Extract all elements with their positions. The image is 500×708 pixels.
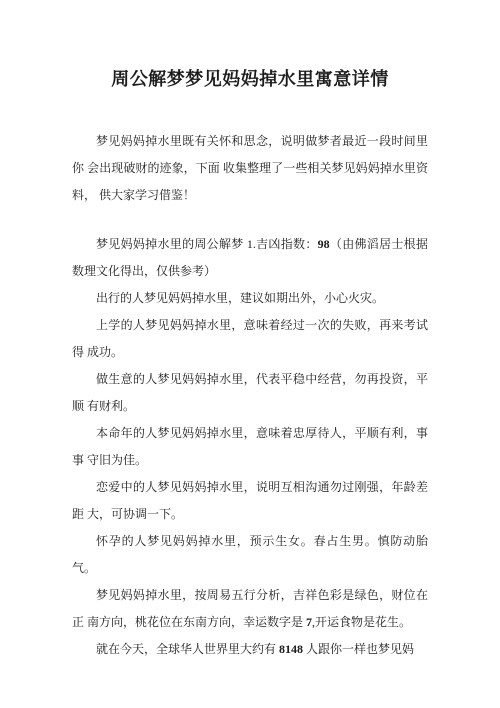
paragraph: 就在今天，全球华人世界里大约有 8148 人跟你一样也梦见妈 — [72, 636, 428, 663]
text-segment: 就在今天，全球华人世界里大约有 — [96, 642, 279, 656]
text-segment: 做生意的人梦见妈妈掉水里，代表平稳中经营，勿再投资，平顺 有财利。 — [72, 372, 428, 413]
text-segment: 出行的人梦见妈妈掉水里，建议如期出外，小心火灾。 — [96, 291, 384, 305]
paragraph: 本命年的人梦见妈妈掉水里，意味着忠厚待人，平顺有利，事事 守旧为佳。 — [72, 420, 428, 474]
paragraph: 上学的人梦见妈妈掉水里，意味着经过一次的失败，再来考试得 成功。 — [72, 312, 428, 366]
paragraph: 出行的人梦见妈妈掉水里，建议如期出外，小心火灾。 — [72, 285, 428, 312]
text-segment: ,开运食物是花生。 — [312, 615, 411, 629]
text-segment: 本命年的人梦见妈妈掉水里，意味着忠厚待人，平顺有利，事事 守旧为佳。 — [72, 426, 428, 467]
document-page: 周公解梦梦见妈妈掉水里寓意详情 梦见妈妈掉水里既有关怀和思念，说明做梦者最近一段… — [0, 0, 500, 708]
text-segment: 恋爱中的人梦见妈妈掉水里，说明互相沟通勿过刚强，年龄差距 大，可协调一下。 — [72, 480, 428, 521]
paragraph: 做生意的人梦见妈妈掉水里，代表平稳中经营，勿再投资，平顺 有财利。 — [72, 366, 428, 420]
text-segment: 梦见妈妈掉水里既有关怀和思念，说明做梦者最近一段时间里你 会出现破财的迹象，下面… — [72, 134, 428, 202]
paragraph: 梦见妈妈掉水里，按周易五行分析，吉祥色彩是绿色，财位在正 南方向，桃花位在东南方… — [72, 582, 428, 636]
paragraph: 梦见妈妈掉水里既有关怀和思念，说明做梦者最近一段时间里你 会出现破财的迹象，下面… — [72, 128, 428, 209]
bold-number-segment: 98 — [318, 237, 330, 251]
paragraph: 恋爱中的人梦见妈妈掉水里，说明互相沟通勿过刚强，年龄差距 大，可协调一下。 — [72, 474, 428, 528]
paragraph: 梦见妈妈掉水里的周公解梦 1.吉凶指数：98（由佛滔居士根据数理文化得出，仅供参… — [72, 231, 428, 285]
text-segment: 人跟你一样也梦见妈 — [303, 642, 414, 656]
document-title: 周公解梦梦见妈妈掉水里寓意详情 — [72, 64, 428, 94]
text-segment: 梦见妈妈掉水里的周公解梦 1.吉凶指数： — [96, 237, 318, 251]
document-body: 梦见妈妈掉水里既有关怀和思念，说明做梦者最近一段时间里你 会出现破财的迹象，下面… — [72, 128, 428, 663]
bold-number-segment: 8148 — [279, 642, 303, 656]
text-segment: 上学的人梦见妈妈掉水里，意味着经过一次的失败，再来考试得 成功。 — [72, 318, 428, 359]
text-segment: 怀孕的人梦见妈妈掉水里，预示生女。春占生男。慎防动胎气。 — [72, 534, 428, 575]
paragraph: 怀孕的人梦见妈妈掉水里，预示生女。春占生男。慎防动胎气。 — [72, 528, 428, 582]
